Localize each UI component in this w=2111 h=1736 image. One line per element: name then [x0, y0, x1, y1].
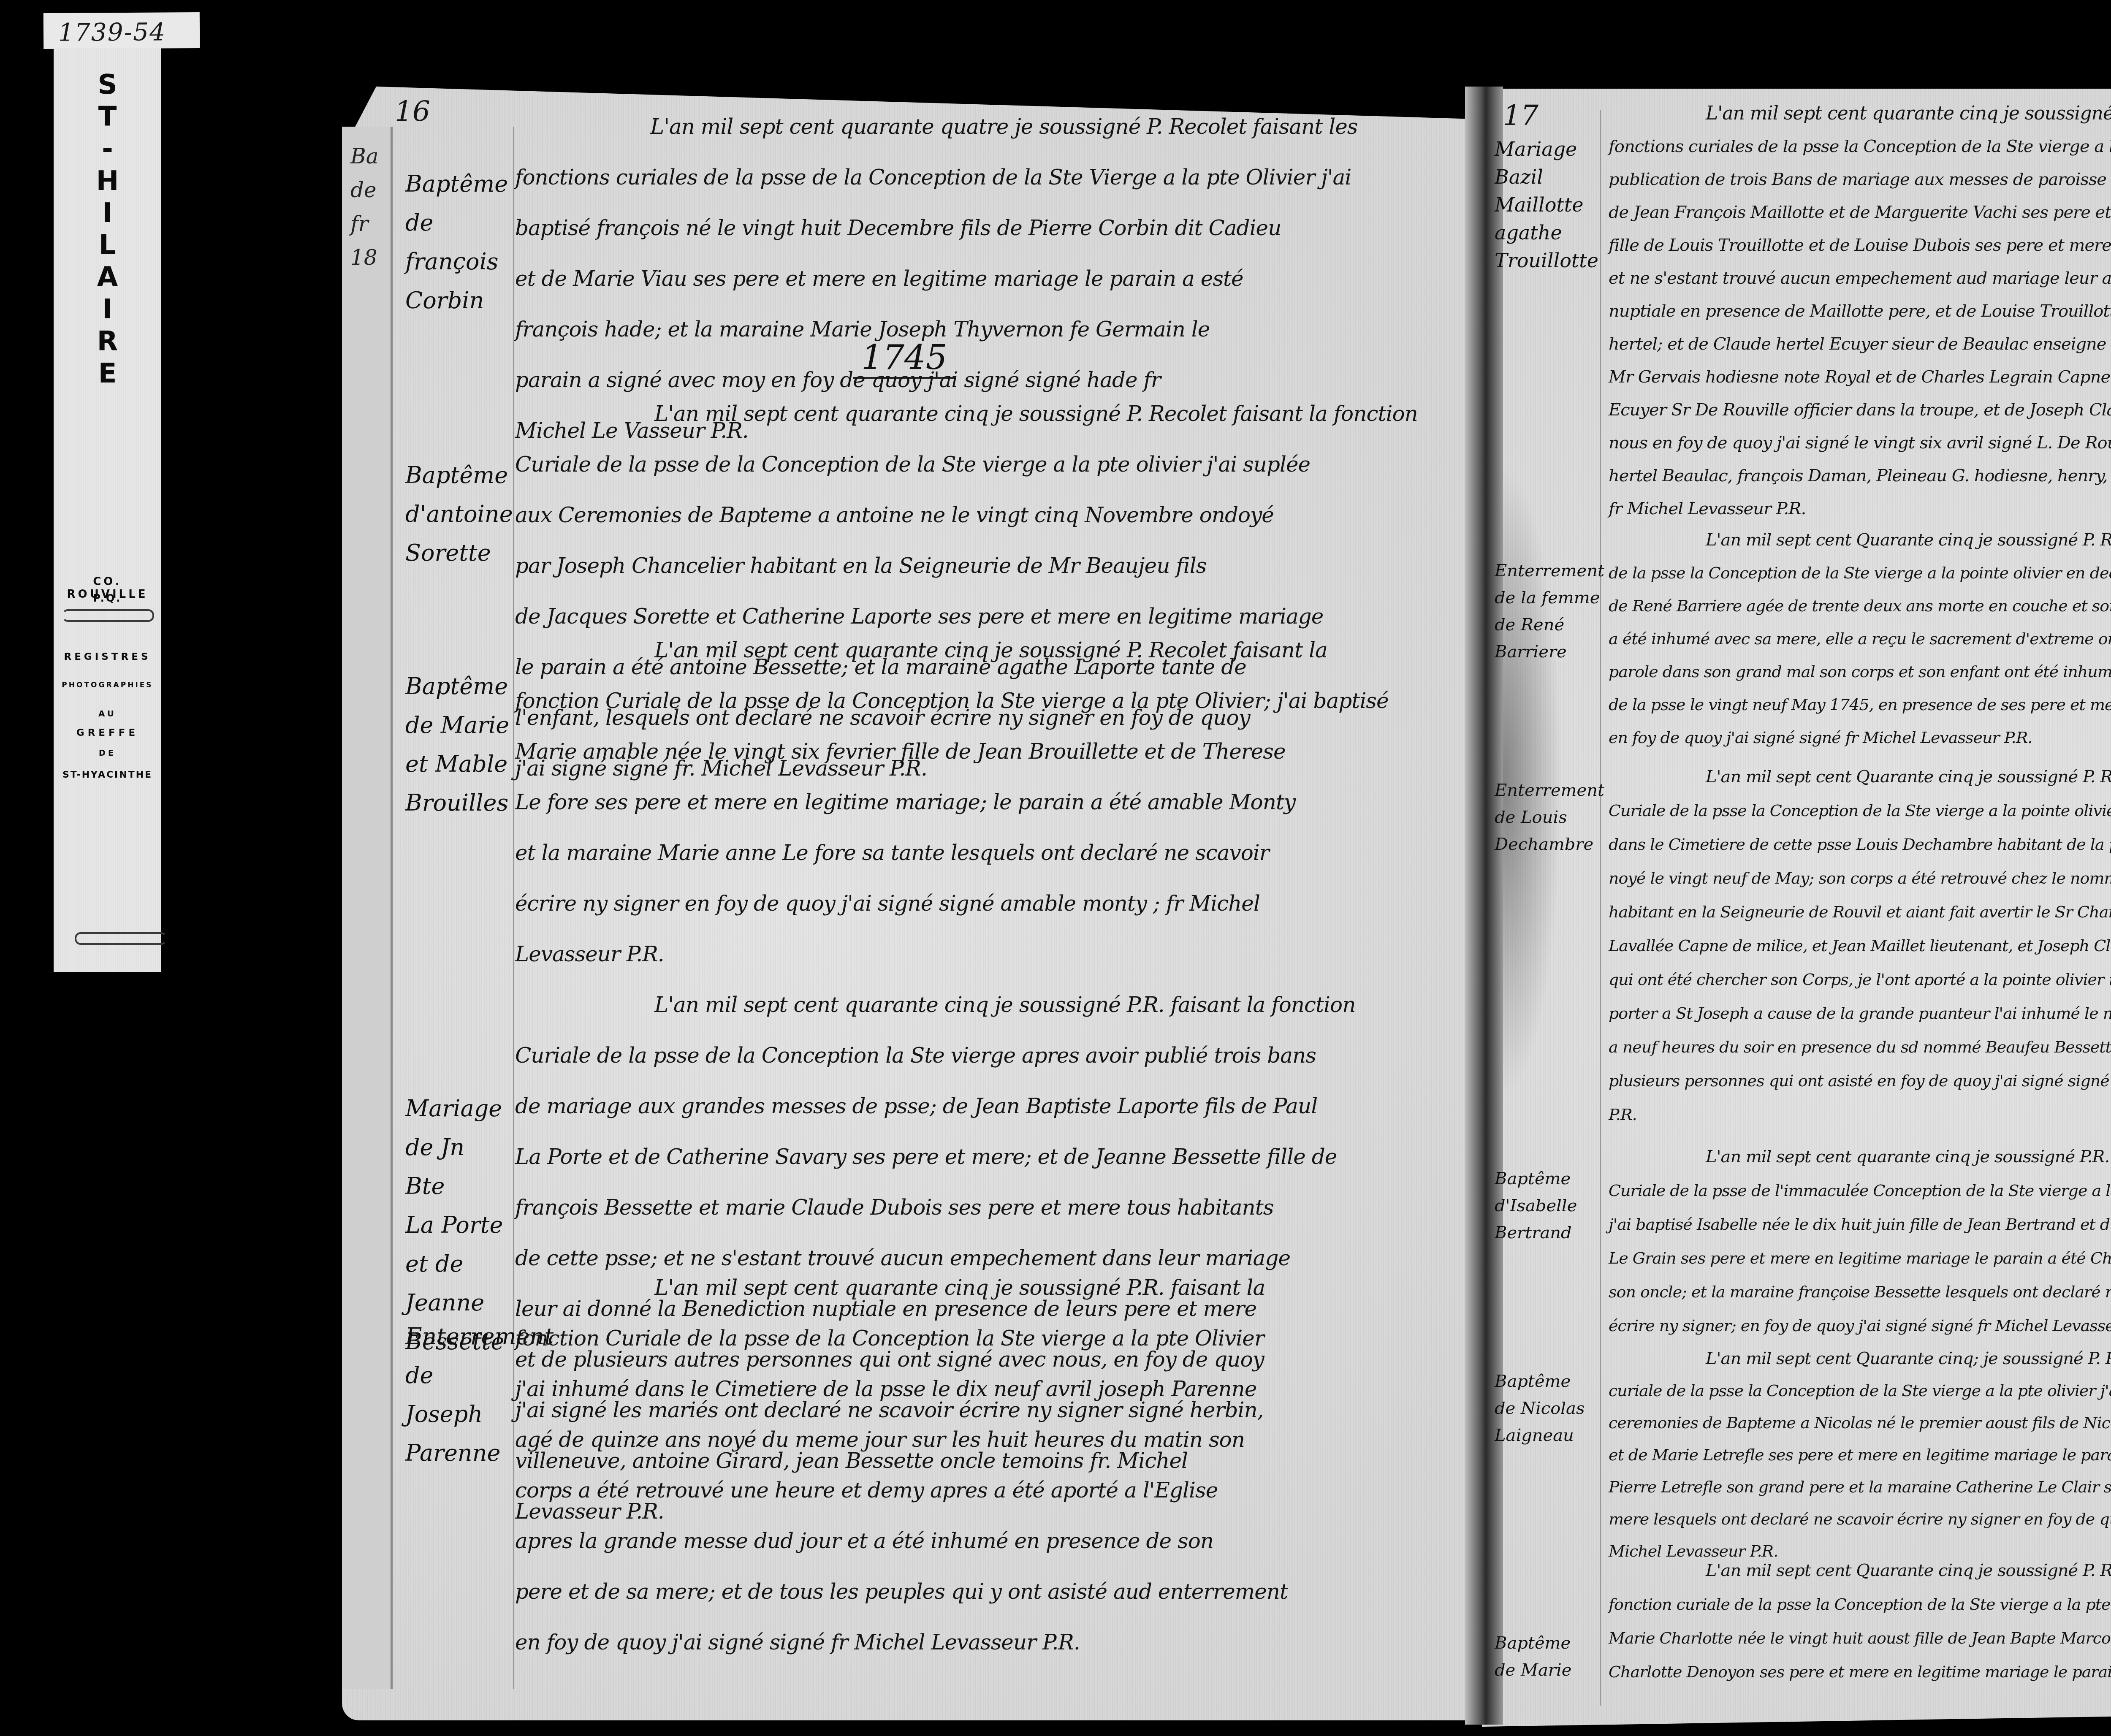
entry-body: L'an mil sept cent Quarante cinq je sous…: [1609, 524, 2111, 754]
entry-line: fr Michel Levasseur P.R.: [1609, 492, 2111, 525]
entry-line: hertel Beaulac, françois Daman, Pleineau…: [1609, 459, 2111, 492]
page-number-left: 16: [395, 95, 430, 127]
paperclip-icon: [62, 609, 154, 622]
entry-line: de la psse le vingt neuf May 1745, en pr…: [1609, 688, 2111, 721]
archival-tag: S T - H I L A I R E CO. ROUVILLE P.Q. RE…: [54, 48, 161, 972]
entry-line: j'ai baptisé Isabelle née le dix huit ju…: [1609, 1207, 2111, 1241]
entry-line: L'an mil sept cent quarante cinq je sous…: [515, 625, 1389, 675]
entry-line: a neuf heures du soir en presence du sd …: [1609, 1030, 2111, 1064]
entry-line: Levasseur P.R.: [515, 929, 1389, 979]
entry-line: de la psse la Conception de la Ste vierg…: [1609, 556, 2111, 589]
parish-letter: L: [54, 229, 161, 261]
entry-line: fonction curiale de la psse la Conceptio…: [1609, 1587, 2111, 1621]
entry-line: fille de Louis Trouillotte et de Louise …: [1609, 229, 2111, 262]
entry-line: porter a St Joseph a cause de la grande …: [1609, 996, 2111, 1030]
entry-margin-note: Baptême de Nicolas Laigneau: [1495, 1368, 1600, 1449]
parish-letter: R: [54, 325, 161, 358]
entry-line: L'an mil sept cent quarante cinq je sous…: [1609, 97, 2111, 130]
entry-line: L'an mil sept cent Quarante cinq je sous…: [1609, 1554, 2111, 1587]
entry-line: a été inhumé avec sa mere, elle a reçu l…: [1609, 622, 2111, 655]
entry-line: nous en foy de quoy j'ai signé le vingt …: [1609, 426, 2111, 459]
entry-line: et ne s'estant trouvé aucun empechement …: [1609, 262, 2111, 295]
underlying-page-edge: [342, 127, 393, 1689]
entry-line: qui ont été chercher son Corps, je l'ont…: [1609, 963, 2111, 996]
entry-line: de Jean François Maillotte et de Marguer…: [1609, 196, 2111, 229]
entry-line: publication de trois Bans de mariage aux…: [1609, 163, 2111, 196]
entry-body: L'an mil sept cent Quarante cinq; je sou…: [1609, 1343, 2111, 1567]
entry-body: L'an mil sept cent quarante cinq je sous…: [515, 1262, 1288, 1668]
entry-line: françois Bessette et marie Claude Dubois…: [515, 1182, 1355, 1233]
registry-line: GREFFE: [54, 727, 161, 738]
entry-line: noyé le vingt neuf de May; son corps a é…: [1609, 861, 2111, 895]
entry-line: agé de quinze ans noyé du meme jour sur …: [515, 1414, 1288, 1465]
parish-letter: A: [54, 261, 161, 293]
entry-line: La Porte et de Catherine Savary ses pere…: [515, 1131, 1355, 1182]
entry-line: habitant en la Seigneurie de Rouvil et a…: [1609, 895, 2111, 929]
entry-body: L'an mil sept cent Quarante cinq je sous…: [1609, 1554, 2111, 1689]
parish-letter: H: [54, 165, 161, 197]
entry-margin-note: Enterrement de Joseph Parenne: [405, 1317, 511, 1473]
entry-line: ceremonies de Bapteme a Nicolas né le pr…: [1609, 1407, 2111, 1439]
entry-line: mere lesquels ont declaré ne scavoir écr…: [1609, 1503, 2111, 1535]
parish-name-vertical: S T - H I L A I R E: [54, 69, 161, 390]
entry-line: parole dans son grand mal son corps et s…: [1609, 655, 2111, 688]
entry-body: L'an mil sept cent quarante cinq je sous…: [1609, 1140, 2111, 1343]
entry-line: fonction Curiale de la psse de la Concep…: [515, 675, 1389, 726]
entry-line: L'an mil sept cent quarante cinq je sous…: [515, 979, 1355, 1030]
entry-line: Charlotte Denoyon ses pere et mere en le…: [1609, 1655, 2111, 1689]
entry-line: Curiale de la psse de la Conception la S…: [515, 1030, 1355, 1081]
entry-line: pere et de sa mere; et de tous les peupl…: [515, 1566, 1288, 1617]
entry-margin-note: Mariage Bazil Maillotte agathe Trouillot…: [1495, 135, 1600, 274]
entry-line: Curiale de la psse de la Conception de l…: [515, 439, 1418, 490]
parish-letter: -: [54, 133, 161, 165]
entry-line: écrire ny signer en foy de quoy j'ai sig…: [515, 878, 1389, 929]
entry-line: L'an mil sept cent Quarante cinq je sous…: [1609, 760, 2111, 794]
entry-line: plusieurs personnes qui ont asisté en fo…: [1609, 1064, 2111, 1098]
entry-margin-note: Baptême de Marie et Mable Brouilles: [405, 667, 511, 822]
entry-line: de René Barriere agée de trente deux ans…: [1609, 589, 2111, 622]
parish-letter: I: [54, 197, 161, 229]
entry-line: P.R.: [1609, 1098, 2111, 1131]
entry-line: L'an mil sept cent Quarante cinq je sous…: [1609, 524, 2111, 556]
entry-line: Le Grain ses pere et mere en legitime ma…: [1609, 1241, 2111, 1275]
entry-line: Lavallée Capne de milice, et Jean Maille…: [1609, 929, 2111, 963]
underlying-page-note: Ba de fr 18: [350, 139, 379, 274]
entry-line: françois hade; et la maraine Marie Josep…: [515, 304, 1358, 355]
margin-rule-right: [1600, 110, 1601, 1706]
entry-line: Marie Charlotte née le vingt huit aoust …: [1609, 1621, 2111, 1655]
entry-line: de mariage aux grandes messes de psse; d…: [515, 1081, 1355, 1131]
entry-margin-note: Baptême d'antoine Sorette: [405, 456, 511, 572]
entry-body: L'an mil sept cent Quarante cinq je sous…: [1609, 760, 2111, 1131]
registry-line: ST-HYACINTHE: [54, 770, 161, 780]
entry-line: fonctions curiales de la psse la Concept…: [1609, 130, 2111, 163]
entry-line: et de Marie Letrefle ses pere et mere en…: [1609, 1439, 2111, 1471]
registry-line: PHOTOGRAPHIES: [54, 681, 161, 689]
entry-line: corps a été retrouvé une heure et demy a…: [515, 1465, 1288, 1516]
entry-line: j'ai inhumé dans le Cimetiere de la psse…: [515, 1364, 1288, 1414]
entry-line: curiale de la psse la Conception de la S…: [1609, 1375, 2111, 1407]
entry-line: L'an mil sept cent quarante quatre je so…: [515, 101, 1358, 152]
entry-line: et la maraine Marie anne Le fore sa tant…: [515, 827, 1389, 878]
entry-margin-note: Enterrement de la femme de René Barriere: [1495, 557, 1600, 665]
entry-line: Curiale de la psse la Conception de la S…: [1609, 794, 2111, 827]
entry-body: L'an mil sept cent quarante cinq je sous…: [1609, 97, 2111, 525]
entry-line: hertel; et de Claude hertel Ecuyer sieur…: [1609, 328, 2111, 361]
entry-line: L'an mil sept cent quarante cinq je sous…: [515, 1262, 1288, 1313]
entry-line: apres la grande messe dud jour et a été …: [515, 1516, 1288, 1566]
parish-letter: T: [54, 101, 161, 133]
province-label: P.Q.: [54, 592, 161, 604]
year-range-label: 1739-54: [58, 17, 166, 46]
entry-line: L'an mil sept cent Quarante cinq; je sou…: [1609, 1343, 2111, 1375]
entry-line: Le fore ses pere et mere en legitime mar…: [515, 777, 1389, 827]
entry-line: et de Marie Viau ses pere et mere en leg…: [515, 253, 1358, 304]
entry-line: Mr Gervais hodiesne note Royal et de Cha…: [1609, 361, 2111, 393]
entry-line: aux Ceremonies de Bapteme a antoine ne l…: [515, 490, 1418, 540]
paperclip-icon: [75, 932, 167, 945]
entry-line: fonctions curiales de la psse de la Conc…: [515, 152, 1358, 203]
entry-line: son oncle; et la maraine françoise Besse…: [1609, 1275, 2111, 1309]
margin-rule-left: [513, 127, 514, 1689]
registry-line: DE: [54, 749, 161, 758]
entry-line: L'an mil sept cent quarante cinq je sous…: [1609, 1140, 2111, 1174]
archival-tag-header: 1739-54: [43, 12, 200, 49]
parish-letter: I: [54, 293, 161, 325]
entry-margin-note: Baptême d'Isabelle Bertrand: [1495, 1165, 1600, 1246]
registry-line: REGISTRES: [54, 651, 161, 662]
entry-line: Curiale de la psse de l'immaculée Concep…: [1609, 1174, 2111, 1207]
page-number-right: 17: [1503, 99, 1538, 132]
parish-letter: E: [54, 358, 161, 390]
entry-body: L'an mil sept cent quarante cinq je sous…: [515, 625, 1389, 979]
entry-line: L'an mil sept cent quarante cinq je sous…: [515, 388, 1418, 439]
entry-line: nuptiale en presence de Maillotte pere, …: [1609, 295, 2111, 328]
entry-line: écrire ny signer; en foy de quoy j'ai si…: [1609, 1309, 2111, 1343]
entry-line: en foy de quoy j'ai signé signé fr Miche…: [1609, 721, 2111, 754]
entry-margin-note: Baptême de françois Corbin: [405, 165, 511, 320]
entry-margin-note: Enterrement de Louis Dechambre: [1495, 777, 1600, 858]
registry-line: AU: [54, 708, 161, 719]
entry-line: dans le Cimetiere de cette psse Louis De…: [1609, 827, 2111, 861]
entry-line: Marie amable née le vingt six fevrier fi…: [515, 726, 1389, 777]
entry-line: fonction Curiale de la psse de la Concep…: [515, 1313, 1288, 1364]
entry-line: en foy de quoy j'ai signé signé fr Miche…: [515, 1617, 1288, 1668]
parish-letter: S: [54, 69, 161, 101]
entry-line: par Joseph Chancelier habitant en la Sei…: [515, 540, 1418, 591]
entry-margin-note: Baptême de Marie: [1495, 1630, 1600, 1684]
entry-line: baptisé françois né le vingt huit Decemb…: [515, 203, 1358, 253]
entry-line: Pierre Letrefle son grand pere et la mar…: [1609, 1471, 2111, 1503]
book-spine: [1465, 87, 1503, 1725]
entry-line: Ecuyer Sr De Rouville officier dans la t…: [1609, 393, 2111, 426]
